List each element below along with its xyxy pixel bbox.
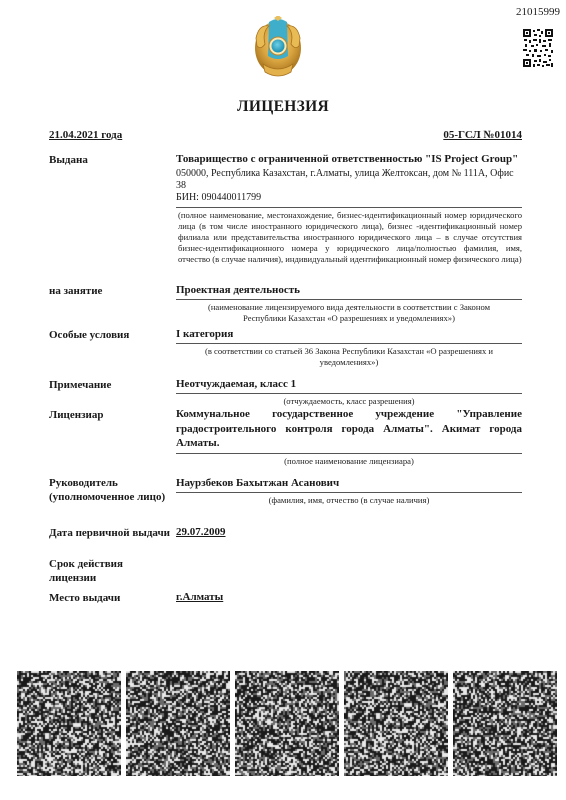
activity-block: Проектная деятельность (наименование лиц…: [176, 283, 522, 324]
head-label: Руководитель (уполномоченное лицо): [49, 476, 165, 504]
first-issue-date-label: Дата первичной выдачи: [49, 526, 170, 540]
head-label-line1: Руководитель: [49, 476, 165, 490]
license-number: 05-ГСЛ №01014: [443, 129, 522, 141]
2d-barcode-icon: [17, 671, 121, 776]
2d-barcode-icon: [126, 671, 230, 776]
kazakhstan-state-emblem-icon: [253, 16, 303, 84]
issued-to-name: Товарищество с ограниченной ответственно…: [176, 152, 522, 166]
note-label: Примечание: [49, 378, 111, 392]
issued-to-label: Выдана: [49, 153, 88, 167]
place-of-issue-label: Место выдачи: [49, 591, 120, 605]
special-conditions-block: I категория (в соответствии со статьей 3…: [176, 327, 522, 368]
licensor-value: Коммунальное государственное учреждение …: [176, 407, 522, 454]
qr-code-icon: [522, 28, 554, 68]
issued-to-address-line1: 050000, Республика Казахстан, г.Алматы, …: [176, 168, 522, 180]
head-block: Наурзбеков Бахытжан Асанович (фамилия, и…: [176, 476, 522, 506]
issued-to-address-line2: 38: [176, 180, 522, 192]
special-conditions-label: Особые условия: [49, 328, 129, 342]
note-value: Неотчуждаемая, класс 1: [176, 377, 522, 394]
document-number: 21015999: [516, 6, 560, 18]
activity-label: на занятие: [49, 284, 102, 298]
licensor-label: Лицензиар: [49, 408, 103, 422]
special-conditions-hint: (в соответствии со статьей 36 Закона Рес…: [176, 346, 522, 368]
issued-to-hint: (полное наименование, местонахождение, б…: [176, 210, 522, 265]
validity-label-line1: Срок действия: [49, 557, 123, 571]
place-of-issue-value: г.Алматы: [176, 591, 223, 603]
licensor-hint: (полное наименование лицензиара): [176, 456, 522, 467]
issued-to-block: Товарищество с ограниченной ответственно…: [176, 152, 522, 265]
barcode-strip: [17, 671, 557, 776]
note-block: Неотчуждаемая, класс 1 (отчуждаемость, к…: [176, 377, 522, 407]
activity-value: Проектная деятельность: [176, 283, 522, 300]
head-label-line2: (уполномоченное лицо): [49, 490, 165, 504]
head-value: Наурзбеков Бахытжан Асанович: [176, 476, 522, 493]
page-title: ЛИЦЕНЗИЯ: [0, 98, 566, 116]
head-hint: (фамилия, имя, отчество (в случае наличи…: [176, 495, 522, 506]
special-conditions-value: I категория: [176, 327, 522, 344]
issue-date: 21.04.2021 года: [49, 129, 122, 141]
validity-label: Срок действия лицензии: [49, 557, 123, 585]
2d-barcode-icon: [235, 671, 339, 776]
2d-barcode-icon: [344, 671, 448, 776]
issued-to-bin: БИН: 090440011799: [176, 192, 522, 204]
licensor-block: Коммунальное государственное учреждение …: [176, 407, 522, 467]
first-issue-date-value: 29.07.2009: [176, 526, 226, 538]
2d-barcode-icon: [453, 671, 557, 776]
issued-to-value-block: Товарищество с ограниченной ответственно…: [176, 152, 522, 208]
activity-hint: (наименование лицензируемого вида деятел…: [176, 302, 522, 324]
note-hint: (отчуждаемость, класс разрешения): [176, 396, 522, 407]
validity-label-line2: лицензии: [49, 571, 123, 585]
